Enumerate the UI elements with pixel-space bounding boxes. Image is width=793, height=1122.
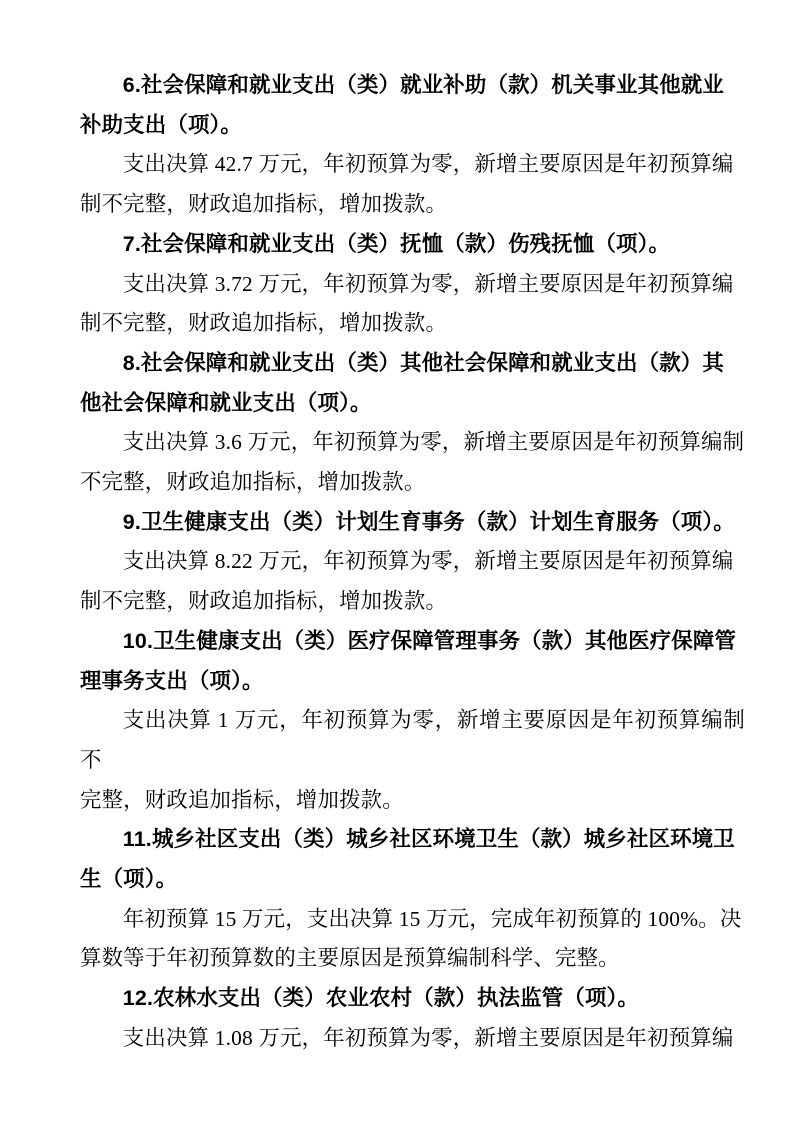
- section-12-body: 支出决算 1.08 万元，年初预算为零，新增主要原因是年初预算编: [80, 1019, 745, 1059]
- section-11-body: 年初预算 15 万元，支出决算 15 万元，完成年初预算的 100%。决 算数等…: [80, 900, 745, 979]
- section-6-heading: 6.社会保障和就业支出（类）就业补助（款）机关事业其他就业 补助支出（项）。: [80, 66, 745, 145]
- section-8-heading: 8.社会保障和就业支出（类）其他社会保障和就业支出（款）其 他社会保障和就业支出…: [80, 344, 745, 423]
- section-11: 11.城乡社区支出（类）城乡社区环境卫生（款）城乡社区环境卫 生（项）。 年初预…: [80, 820, 745, 979]
- section-6-body: 支出决算 42.7 万元，年初预算为零，新增主要原因是年初预算编 制不完整，财政…: [80, 145, 745, 224]
- section-11-heading: 11.城乡社区支出（类）城乡社区环境卫生（款）城乡社区环境卫 生（项）。: [80, 820, 745, 899]
- section-8: 8.社会保障和就业支出（类）其他社会保障和就业支出（款）其 他社会保障和就业支出…: [80, 344, 745, 503]
- section-10-body: 支出决算 1 万元，年初预算为零，新增主要原因是年初预算编制不 完整，财政追加指…: [80, 701, 745, 820]
- section-7: 7.社会保障和就业支出（类）抚恤（款）伤残抚恤（项）。 支出决算 3.72 万元…: [80, 225, 745, 344]
- document-page: 6.社会保障和就业支出（类）就业补助（款）机关事业其他就业 补助支出（项）。 支…: [0, 0, 793, 1122]
- section-10: 10.卫生健康支出（类）医疗保障管理事务（款）其他医疗保障管 理事务支出（项）。…: [80, 622, 745, 821]
- section-8-body: 支出决算 3.6 万元，年初预算为零，新增主要原因是年初预算编制 不完整，财政追…: [80, 423, 745, 502]
- section-12: 12.农林水支出（类）农业农村（款）执法监管（项）。 支出决算 1.08 万元，…: [80, 979, 745, 1058]
- section-7-body: 支出决算 3.72 万元，年初预算为零，新增主要原因是年初预算编 制不完整，财政…: [80, 265, 745, 344]
- section-9: 9.卫生健康支出（类）计划生育事务（款）计划生育服务（项）。 支出决算 8.22…: [80, 503, 745, 622]
- section-10-heading: 10.卫生健康支出（类）医疗保障管理事务（款）其他医疗保障管 理事务支出（项）。: [80, 622, 745, 701]
- section-6: 6.社会保障和就业支出（类）就业补助（款）机关事业其他就业 补助支出（项）。 支…: [80, 66, 745, 225]
- section-7-heading: 7.社会保障和就业支出（类）抚恤（款）伤残抚恤（项）。: [80, 225, 745, 265]
- section-9-body: 支出决算 8.22 万元，年初预算为零，新增主要原因是年初预算编 制不完整，财政…: [80, 542, 745, 621]
- section-12-heading: 12.农林水支出（类）农业农村（款）执法监管（项）。: [80, 979, 745, 1019]
- section-9-heading: 9.卫生健康支出（类）计划生育事务（款）计划生育服务（项）。: [80, 503, 745, 543]
